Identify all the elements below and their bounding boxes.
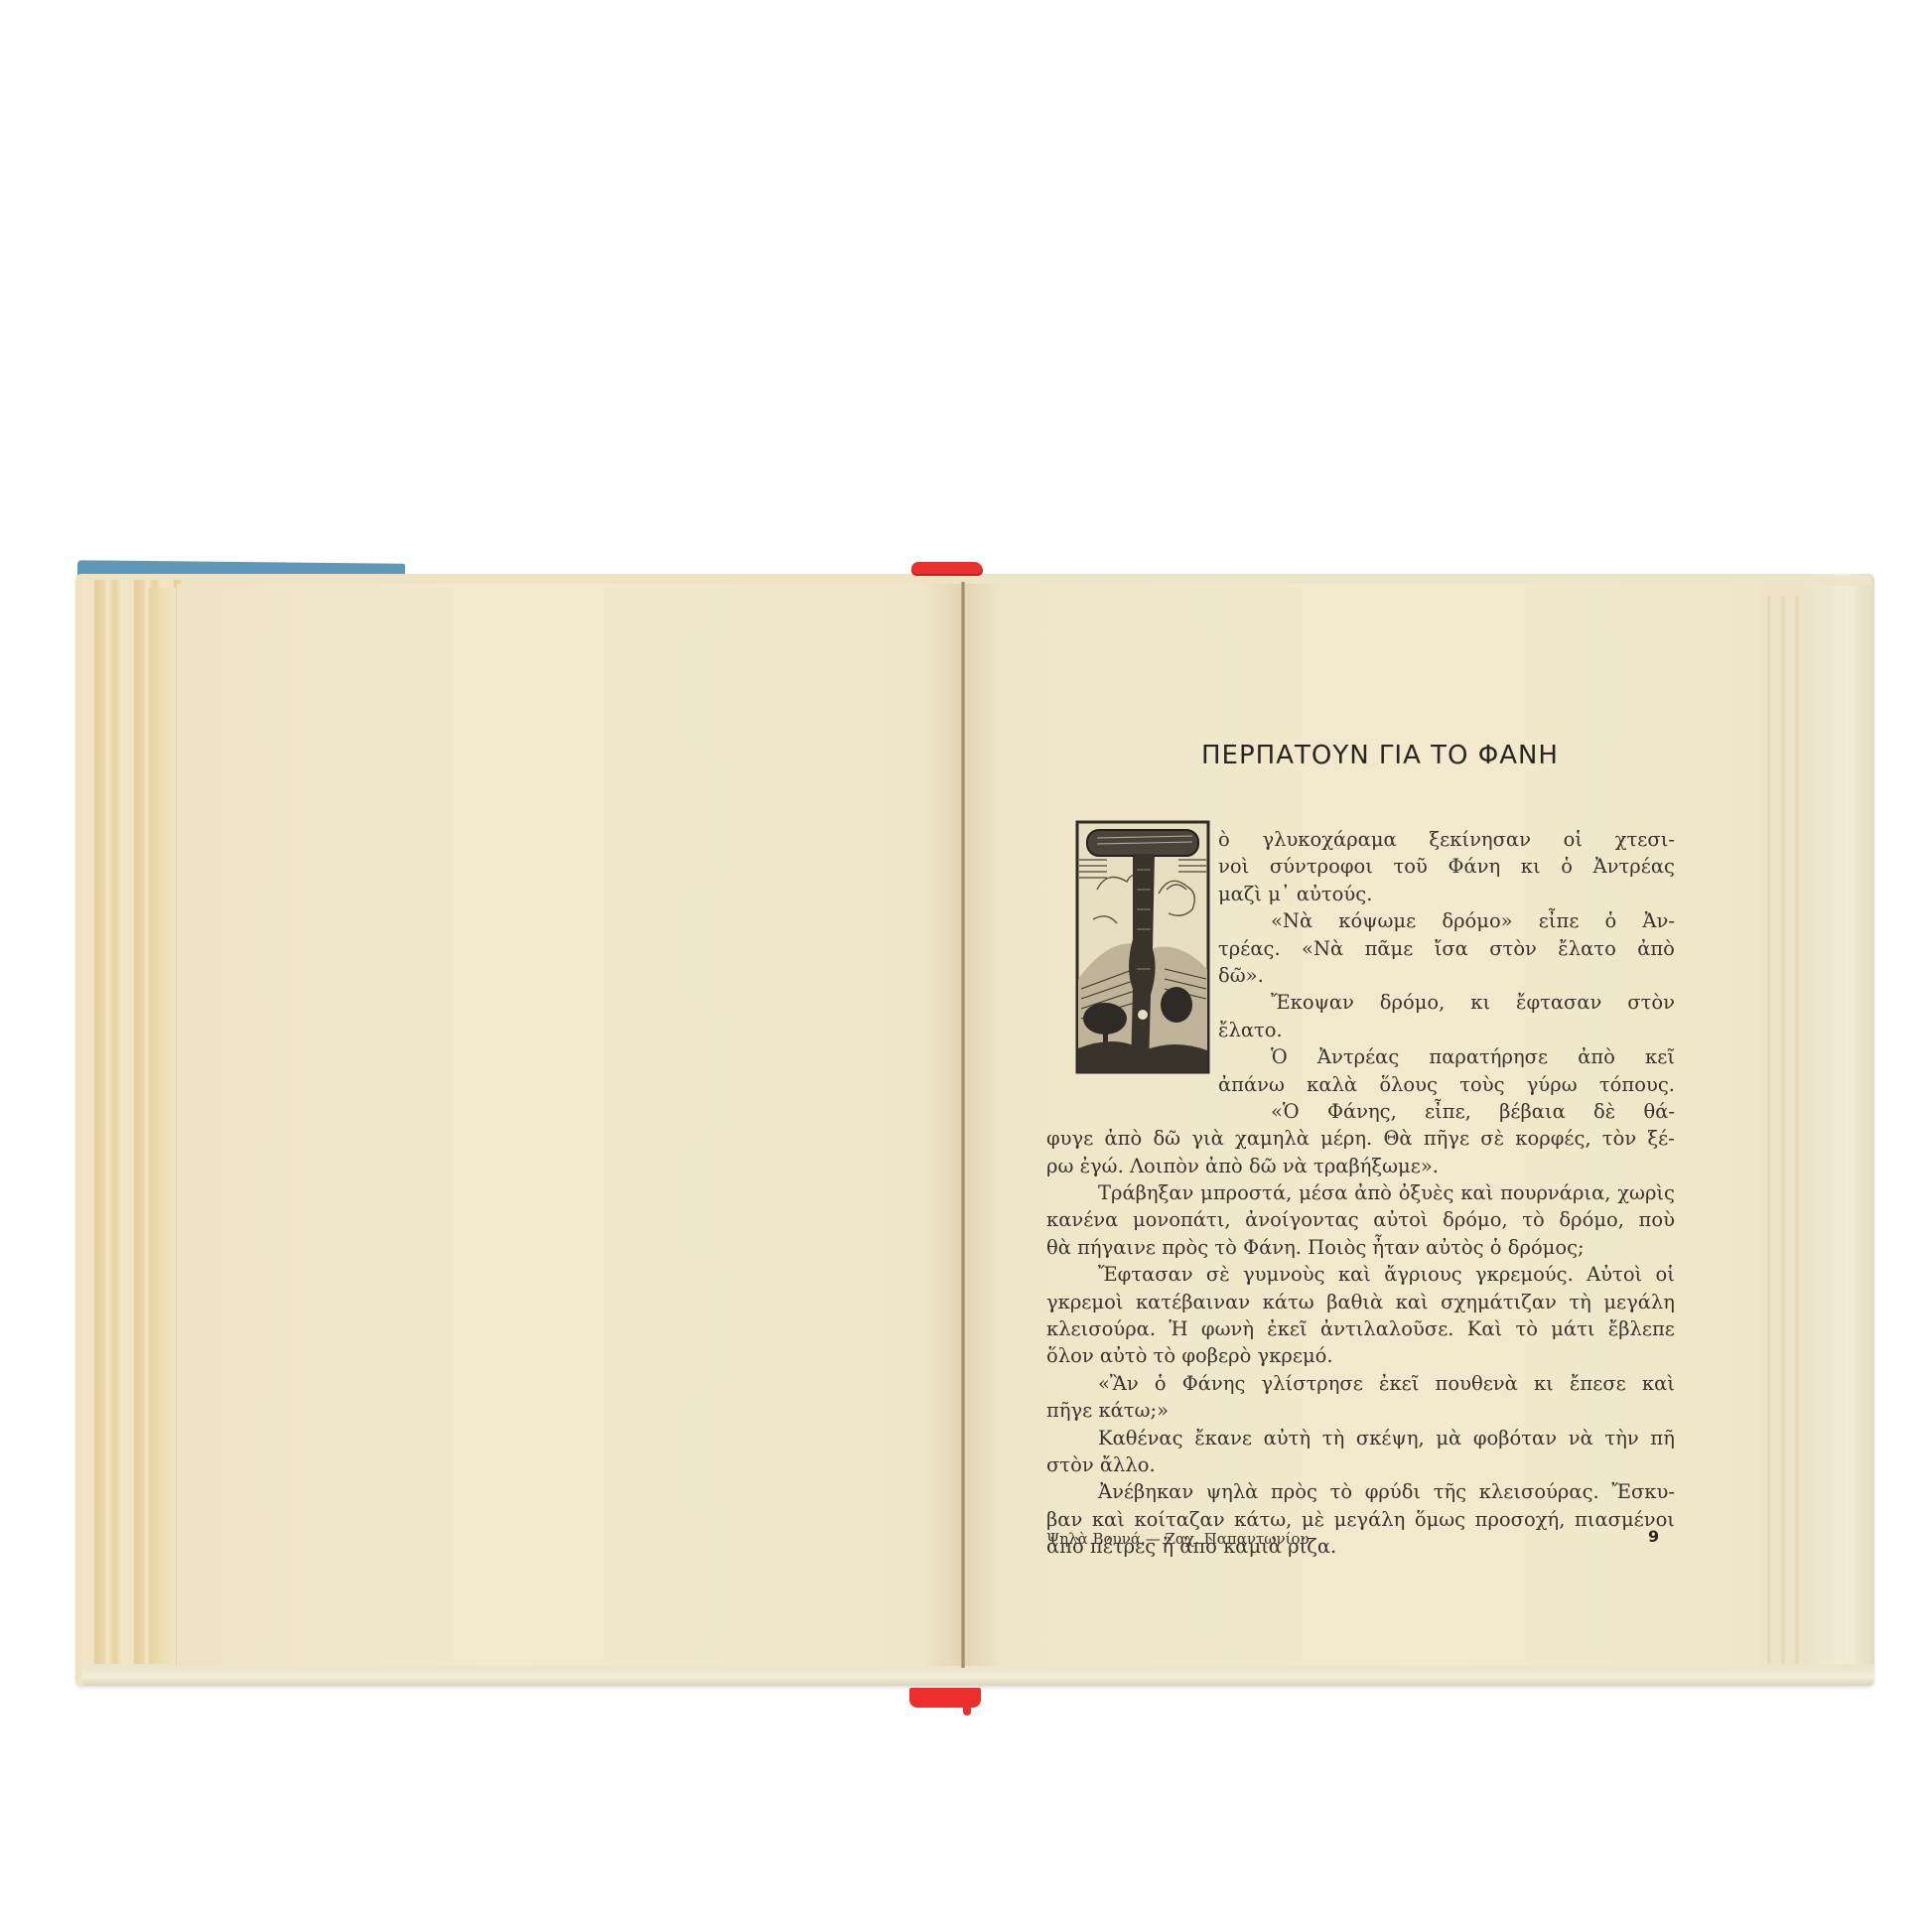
text-line: Ἔφτασανσὲγυμνοὺςκαὶἄγριουςγκρεμούς.Αὐτοὶ… [1046, 1261, 1675, 1288]
text-line: κανέναμονοπάτι,ἀνοίγονταςαὐτοὶδρόμο,τὸδρ… [1046, 1206, 1675, 1233]
text-line: Καθέναςἔκανεαὐτὴτὴσκέψη,μὰφοβόταννὰτὴνπῆ [1046, 1425, 1675, 1451]
text-line: κλεισούρα.Ἡφωνὴἐκεῖἀντιλαλοῦσε.Καὶτὸμάτι… [1046, 1315, 1675, 1342]
text-line: «ὉΦάνης,εἶπε,βέβαιαδὲθά- [1046, 1098, 1675, 1125]
text-line: ὅλον αὐτὸ τὸ φοβερὸ γκρεμό. [1046, 1342, 1675, 1369]
text-line: Τράβηξανμπροστά,μέσαἀπὸὀξυὲςκαὶπουρνάρια… [1046, 1179, 1675, 1206]
page-number: 9 [1648, 1527, 1659, 1546]
text-line: ἔλατο. [1046, 1017, 1675, 1043]
text-line: ἀπάνωκαλὰὅλουςτοὺςγύρωτόπους. [1046, 1071, 1675, 1098]
text-line: «ἊνὁΦάνηςγλίστρησεἐκεῖπουθενὰκιἔπεσεκαὶ [1046, 1370, 1675, 1397]
text-line: δῶ». [1046, 962, 1675, 989]
text-line: θὰ πήγαινε πρὸς τὸ Φάνη. Ποιὸς ἦταν αὐτὸ… [1046, 1234, 1675, 1261]
left-page-stack-inner [149, 588, 179, 1670]
bottom-edge [81, 1664, 1874, 1686]
chapter-title: ΠΕΡΠΑΤΟΥΝ ΓΙΑ ΤΟ ΦΑΝΗ [1132, 741, 1628, 770]
text-line: πῆγε κάτω;» [1046, 1397, 1675, 1424]
open-book: ΠΕΡΠΑΤΟΥΝ ΓΙΑ ΤΟ ΦΑΝΗ [0, 0, 1932, 1932]
cover-right-edge [1807, 574, 1874, 1684]
left-page-blank [177, 584, 963, 1666]
right-page-stack [1759, 596, 1809, 1664]
text-line: γκρεμοὶκατέβαινανκάτωβαθιὰκαὶσχημάτιζαντ… [1046, 1289, 1675, 1315]
red-ribbon-tail [963, 1700, 971, 1716]
text-line: τρέας.«Νὰπᾶμεἴσαστὸνἔλατοἀπὸ [1046, 935, 1675, 962]
text-line: στὸν ἄλλο. [1046, 1451, 1675, 1478]
book-gutter [961, 582, 965, 1668]
text-line: μαζὶ μ᾿ αὐτούς. [1046, 881, 1675, 907]
red-headband-top [911, 562, 983, 576]
text-line: ρω ἐγώ. Λοιπὸν ἀπὸ δῶ νὰ τραβήξωμε». [1046, 1153, 1675, 1179]
text-line: Ἔκοψανδρόμο,κιἔφτασανστὸν [1046, 989, 1675, 1016]
text-line: ὸγλυκοχάραμαξεκίνησανοἱχτεσι- [1046, 826, 1675, 853]
text-line: ὉἈντρέαςπαρατήρησεἀπὸκεῖ [1046, 1043, 1675, 1070]
body-text: ὸγλυκοχάραμαξεκίνησανοἱχτεσι-νοὶσύντροφο… [1046, 826, 1675, 1561]
footer-signature: Ψηλὰ Βουνά.— Ζαχ. Παπαντωνίου [1046, 1530, 1310, 1548]
text-line: φυγεἀπὸδῶγιὰχαμηλὰμέρη.Θὰπῆγεσὲκορφές,τὸ… [1046, 1125, 1675, 1152]
text-line: νοὶσύντροφοιτοῦΦάνηκιὁἈντρέας [1046, 853, 1675, 880]
text-line: Ἀνέβηκανψηλὰπρὸςτὸφρύδιτῆςκλεισούρας.Ἔσκ… [1046, 1478, 1675, 1505]
text-line: «Νὰκόψωμεδρόμο»εἶπεὁἈν- [1046, 907, 1675, 934]
